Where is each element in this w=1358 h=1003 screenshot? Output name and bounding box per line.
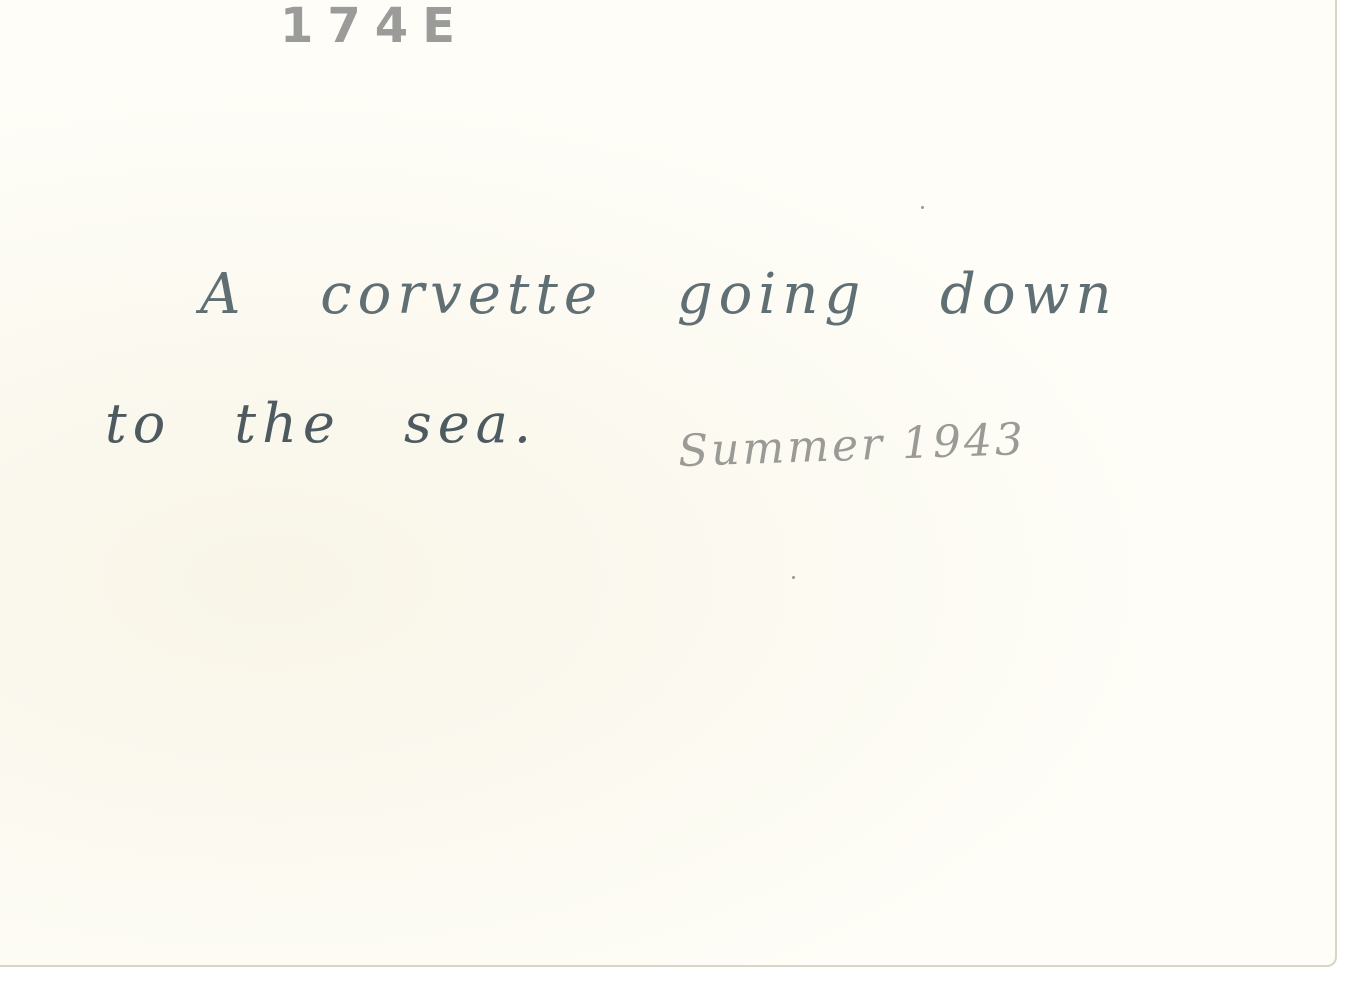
photo-back-card: 174E A corvette going down to the sea. S… [0, 0, 1337, 967]
caption-line-1: A corvette going down [200, 262, 1118, 327]
date-note: Summer 1943 [677, 414, 1027, 477]
paper-speck [792, 576, 795, 579]
mirrored-stamp-number: 174E [280, 0, 469, 54]
stamp-text: 174E [280, 0, 469, 54]
caption-line-2: to the sea. [105, 392, 537, 455]
paper-speck [921, 206, 924, 209]
